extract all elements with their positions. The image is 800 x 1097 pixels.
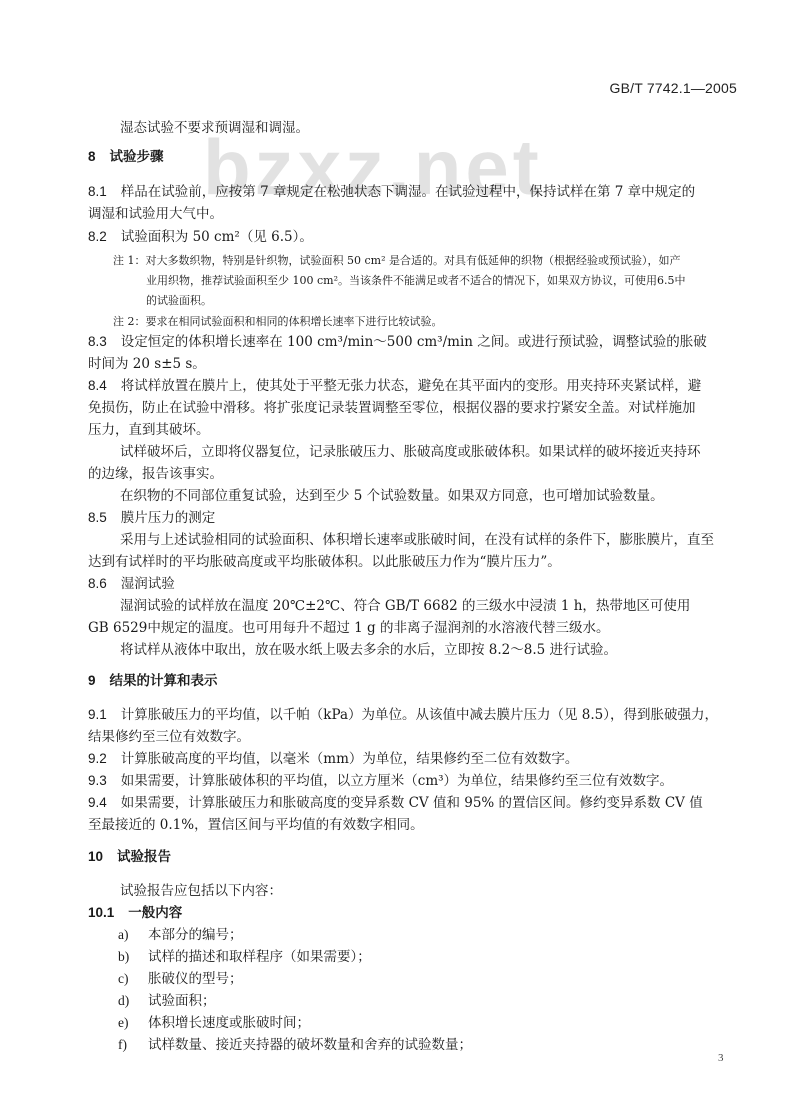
clause-8-1-line1: 8.1样品在试验前，应按第 7 章规定在松弛状态下调湿。在试验过程中，保持试样在… (88, 183, 695, 201)
clause-9-4-line2: 至最接近的 0.1%，置信区间与平均值的有效数字相同。 (88, 816, 424, 834)
clause-8-5-heading: 8.5膜片压力的测定 (88, 509, 215, 527)
clause-9-4-line1: 9.4如果需要，计算胀破压力和胀破高度的变异系数 CV 值和 95% 的置信区间… (88, 794, 703, 812)
list-item-label: f) (118, 1036, 148, 1054)
clause-text: 如果需要，计算胀破压力和胀破高度的变异系数 CV 值和 95% 的置信区间。修约… (121, 795, 703, 811)
section-number: 8 (88, 148, 96, 166)
clause-8-3-line1: 8.3设定恒定的体积增长速率在 100 cm³/min～500 cm³/min … (88, 333, 707, 351)
list-item: d)试验面积； (118, 992, 216, 1010)
clause-10-1-heading: 10.1一般内容 (88, 904, 182, 922)
list-item: b)试样的描述和取样程序（如果需要）； (118, 948, 371, 966)
clause-text: 设定恒定的体积增长速率在 100 cm³/min～500 cm³/min 之间。… (121, 334, 707, 350)
list-item: a)本部分的编号； (118, 926, 243, 944)
clause-8-6-line1: 湿润试验的试样放在温度 20℃±2℃、符合 GB/T 6682 的三级水中浸渍 … (120, 597, 690, 615)
clause-8-2: 8.2试验面积为 50 cm²（见 6.5）。 (88, 228, 313, 246)
section-title: 试验步骤 (110, 149, 164, 165)
clause-8-4-line2: 免损伤，防止在试验中滑移。将扩张度记录装置调整至零位，根据仪器的要求拧紧安全盖。… (88, 399, 696, 417)
clause-8-5-line1: 采用与上述试验相同的试验面积、体积增长速率或胀破时间，在没有试样的条件下，膨胀膜… (120, 531, 714, 549)
clause-number: 9.3 (88, 772, 107, 790)
list-item-label: b) (118, 948, 148, 966)
clause-title: 一般内容 (128, 905, 182, 921)
clause-8-3-line2: 时间为 20 s±5 s。 (88, 355, 206, 373)
clause-number: 8.2 (88, 228, 107, 246)
list-item-label: c) (118, 970, 148, 988)
list-item-label: e) (118, 1014, 148, 1032)
clause-9-2: 9.2计算胀破高度的平均值，以毫米（mm）为单位，结果修约至二位有效数字。 (88, 750, 578, 768)
clause-number: 9.2 (88, 750, 107, 768)
standard-code: GB/T 7742.1—2005 (610, 80, 737, 96)
list-item-label: d) (118, 992, 148, 1010)
clause-number: 8.3 (88, 333, 107, 351)
clause-number: 8.5 (88, 509, 107, 527)
section-title: 结果的计算和表示 (110, 673, 218, 689)
clause-text: 样品在试验前，应按第 7 章规定在松弛状态下调湿。在试验过程中，保持试样在第 7… (121, 184, 695, 200)
list-item-text: 试样的描述和取样程序（如果需要）； (148, 949, 371, 965)
clause-8-4-para2-line1: 试样破坏后，立即将仪器复位，记录胀破压力、胀破高度或胀破体积。如果试样的破坏接近… (120, 443, 701, 461)
clause-number: 8.1 (88, 183, 107, 201)
list-item-text: 试样数量、接近夹持器的破坏数量和舍弃的试验数量； (148, 1037, 472, 1053)
list-item-text: 体积增长速度或胀破时间； (148, 1015, 310, 1031)
clause-number: 8.4 (88, 377, 107, 395)
clause-9-1-line2: 结果修约至三位有效数字。 (88, 728, 250, 746)
clause-title: 湿润试验 (121, 576, 175, 592)
section-title: 试验报告 (117, 849, 171, 865)
note-1-line1: 注 1：对大多数织物，特别是针织物，试验面积 50 cm² 是合适的。对具有低延… (113, 252, 680, 270)
list-item: c)胀破仪的型号； (118, 970, 243, 988)
clause-9-3: 9.3如果需要，计算胀破体积的平均值，以立方厘米（cm³）为单位，结果修约至三位… (88, 772, 673, 790)
note-1-line3: 的试验面积。 (146, 292, 212, 310)
note-2: 注 2：要求在相同试验面积和相同的体积增长速率下进行比较试验。 (113, 313, 443, 331)
list-item-text: 本部分的编号； (148, 927, 243, 943)
clause-8-6-para2: 将试样从液体中取出，放在吸水纸上吸去多余的水后，立即按 8.2～8.5 进行试验… (120, 641, 617, 659)
page-number: 3 (718, 1052, 724, 1064)
clause-number: 8.6 (88, 575, 107, 593)
clause-title: 膜片压力的测定 (121, 510, 216, 526)
clause-8-4-line1: 8.4将试样放置在膜片上，使其处于平整无张力状态，避免在其平面内的变形。用夹持环… (88, 377, 701, 395)
clause-8-4-para2-line2: 的边缘，报告该事实。 (88, 465, 223, 483)
clause-8-5-line2: 达到有试样时的平均胀破高度或平均胀破体积。以此胀破压力作为“膜片压力”。 (88, 553, 561, 571)
list-item-label: a) (118, 926, 148, 944)
clause-text: 计算胀破压力的平均值，以千帕（kPa）为单位。从该值中减去膜片压力（见 8.5）… (121, 707, 718, 723)
clause-number: 10.1 (88, 904, 114, 922)
clause-number: 9.1 (88, 706, 107, 724)
note-1-line2: 业用织物，推荐试验面积至少 100 cm²。当该条件不能满足或者不适合的情况下，… (146, 272, 685, 290)
clause-text: 将试样放置在膜片上，使其处于平整无张力状态，避免在其平面内的变形。用夹持环夹紧试… (121, 378, 702, 394)
clause-9-1-line1: 9.1计算胀破压力的平均值，以千帕（kPa）为单位。从该值中减去膜片压力（见 8… (88, 706, 718, 724)
list-item-text: 试验面积； (148, 993, 216, 1009)
section-10-heading: 10试验报告 (88, 848, 171, 866)
clause-8-4-line3: 压力，直到其破坏。 (88, 421, 210, 439)
clause-8-6-heading: 8.6湿润试验 (88, 575, 175, 593)
document-page: GB/T 7742.1—2005 bzxz.net 湿态试验不要求预调湿和调湿。… (0, 0, 800, 1097)
section-number: 10 (88, 848, 103, 866)
clause-text: 如果需要，计算胀破体积的平均值，以立方厘米（cm³）为单位，结果修约至三位有效数… (121, 773, 673, 789)
section-10-intro: 试验报告应包括以下内容： (120, 882, 282, 900)
list-item-text: 胀破仪的型号； (148, 971, 243, 987)
clause-text: 试验面积为 50 cm²（见 6.5）。 (121, 229, 313, 245)
clause-text: 计算胀破高度的平均值，以毫米（mm）为单位，结果修约至二位有效数字。 (121, 751, 579, 767)
clause-number: 9.4 (88, 794, 107, 812)
intro-line: 湿态试验不要求预调湿和调湿。 (120, 119, 309, 137)
section-8-heading: 8试验步骤 (88, 148, 164, 166)
section-9-heading: 9结果的计算和表示 (88, 672, 218, 690)
list-item: f)试样数量、接近夹持器的破坏数量和舍弃的试验数量； (118, 1036, 472, 1054)
clause-8-4-para3: 在织物的不同部位重复试验，达到至少 5 个试验数量。如果双方同意，也可增加试验数… (120, 487, 664, 505)
section-number: 9 (88, 672, 96, 690)
clause-8-6-line2: GB 6529中规定的温度。也可用每升不超过 1 g 的非离子湿润剂的水溶液代替… (88, 619, 609, 637)
list-item: e)体积增长速度或胀破时间； (118, 1014, 310, 1032)
clause-8-1-line2: 调湿和试验用大气中。 (88, 205, 223, 223)
